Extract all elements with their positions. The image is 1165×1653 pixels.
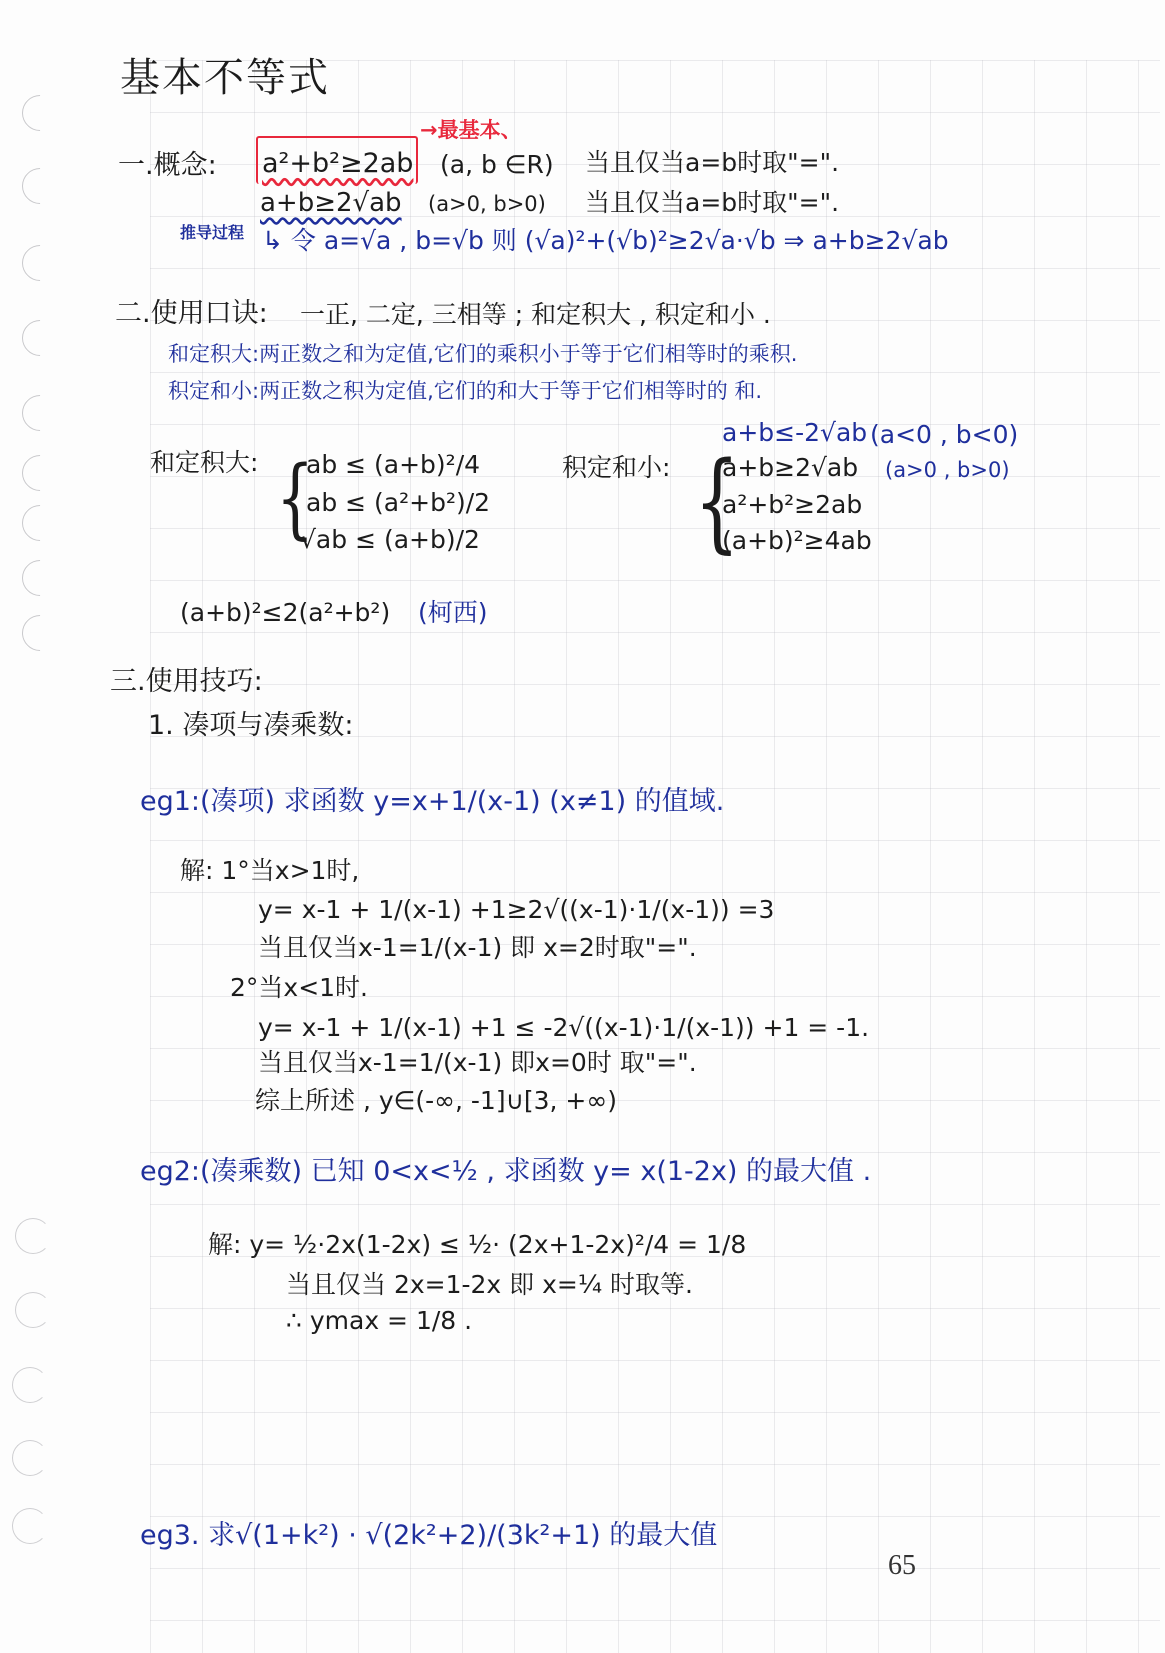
binder-hole xyxy=(15,553,66,604)
binder-hole xyxy=(15,313,66,364)
inequality: a+b≤-2√ab xyxy=(722,420,867,445)
inequality: ab ≤ (a²+b²)/2 xyxy=(306,490,490,515)
formula-mean: a+b≥2√ab xyxy=(260,190,402,216)
inequality: √ab ≤ (a+b)/2 xyxy=(300,527,480,552)
binder-hole xyxy=(15,88,66,139)
solution-conclusion: 综上所述 , y∈(-∞, -1]∪[3, +∞) xyxy=(255,1088,617,1113)
binder-hole xyxy=(12,1367,48,1403)
binder-hole xyxy=(15,1218,51,1254)
section-heading: 二.使用口诀: xyxy=(115,300,268,327)
solution-line: 当且仅当 2x=1-2x 即 x=¼ 时取等. xyxy=(286,1272,693,1297)
section-heading: 一.概念: xyxy=(118,152,217,179)
page-number: 65 xyxy=(888,1550,916,1582)
solution-line: y= x-1 + 1/(x-1) +1≥2√((x-1)·1/(x-1)) =3 xyxy=(258,897,774,922)
solution-line: 解: 1°当x>1时, xyxy=(180,858,359,883)
rules-mnemonic: 一正, 二定, 三相等 ; 和定积大 , 积定和小 . xyxy=(300,302,771,327)
section-heading: 三.使用技巧: xyxy=(110,668,263,695)
binder-hole xyxy=(15,238,66,289)
solution-line: 2°当x<1时. xyxy=(230,975,368,1000)
formula-basic: a²+b²≥2ab xyxy=(262,150,413,177)
condition: (a>0, b>0) xyxy=(428,194,546,215)
inequality: a+b≥2√ab xyxy=(722,455,858,480)
derivation-label: 推导过程 xyxy=(180,225,244,241)
subsection-heading: 1. 凑项与凑乘数: xyxy=(148,712,353,739)
note-product-fixed: 积定和小:两正数之积为定值,它们的和大于等于它们相等时的 和. xyxy=(168,381,762,402)
binder-hole xyxy=(15,608,66,659)
equality-condition: 当且仅当a=b时取"=". xyxy=(585,150,839,175)
binder-hole xyxy=(15,161,66,212)
solution-line: y= x-1 + 1/(x-1) +1 ≤ -2√((x-1)·1/(x-1))… xyxy=(258,1015,869,1040)
inequality: (a+b)²≥4ab xyxy=(722,528,872,553)
binder-hole xyxy=(15,498,66,549)
solution-line: 解: y= ½·2x(1-2x) ≤ ½· (2x+1-2x)²/4 = 1/8 xyxy=(208,1232,746,1257)
cauchy-note: (柯西) xyxy=(418,600,488,625)
binder-hole xyxy=(12,1440,48,1476)
solution-line: 当且仅当x-1=1/(x-1) 即x=0时 取"=". xyxy=(258,1050,697,1075)
example-question: eg2:(凑乘数) 已知 0<x<½ , 求函数 y= x(1-2x) 的最大值… xyxy=(140,1158,871,1185)
example-question: eg1:(凑项) 求函数 y=x+1/(x-1) (x≠1) 的值域. xyxy=(140,788,724,815)
cauchy-inequality: (a+b)²≤2(a²+b²) xyxy=(180,600,390,625)
inequality: ab ≤ (a+b)²/4 xyxy=(306,452,480,477)
binder-hole xyxy=(15,448,66,499)
binder-hole xyxy=(12,1508,48,1544)
derivation: ↳ 令 a=√a , b=√b 则 (√a)²+(√b)²≥2√a·√b ⇒ a… xyxy=(262,228,949,253)
binder-hole xyxy=(15,388,66,439)
inequality: a²+b²≥2ab xyxy=(722,492,862,517)
equality-condition: 当且仅当a=b时取"=". xyxy=(585,190,839,215)
note-sum-fixed: 和定积大:两正数之和为定值,它们的乘积小于等于它们相等时的乘积. xyxy=(168,344,797,365)
condition: (a>0 , b>0) xyxy=(885,460,1010,481)
solution-line: 当且仅当x-1=1/(x-1) 即 x=2时取"=". xyxy=(258,935,697,960)
example-question: eg3. 求√(1+k²) · √(2k²+2)/(3k²+1) 的最大值 xyxy=(140,1522,717,1549)
annotation-most-basic: →最基本、 xyxy=(420,120,522,141)
page-title: 基本不等式 xyxy=(120,58,330,98)
sum-fixed-label: 和定积大: xyxy=(150,450,258,475)
solution-conclusion: ∴ ymax = 1/8 . xyxy=(286,1308,472,1333)
condition: (a<0 , b<0) xyxy=(870,422,1018,447)
condition: (a, b ∈R) xyxy=(440,152,554,177)
product-fixed-label: 积定和小: xyxy=(562,455,670,480)
binder-hole xyxy=(15,1292,51,1328)
